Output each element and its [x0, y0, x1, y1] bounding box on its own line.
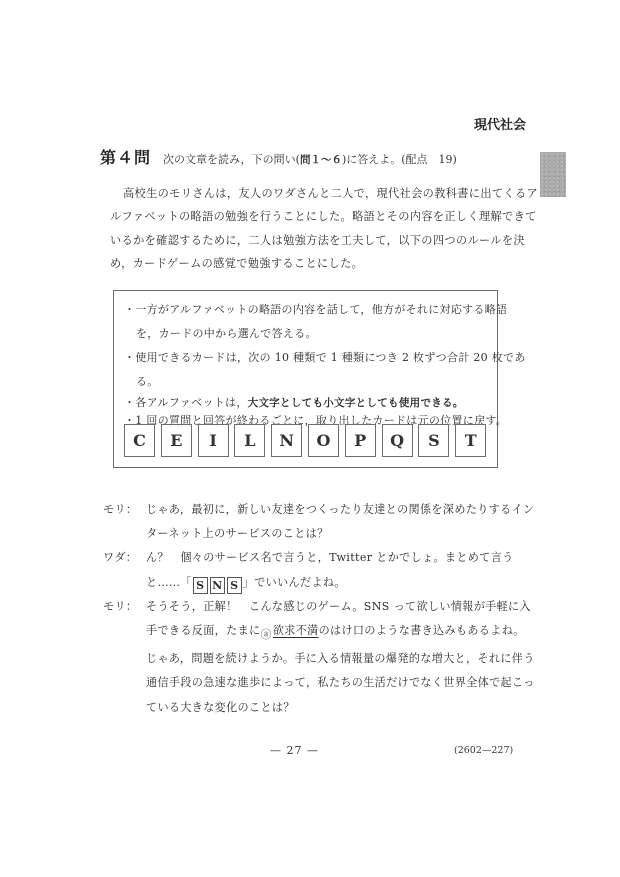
speaker-label: モリ： [103, 595, 146, 720]
intro-line: め，カードゲームの感覚で勉強することにした。 [110, 252, 510, 275]
subject-title: 現代社会 [420, 114, 526, 133]
utterance-line: じゃあ，問題を続けようか。手に入る情報量の爆発的な増大と，それに伴う [146, 647, 535, 671]
instruction-range: 問１～６ [300, 154, 342, 166]
utterance-line: そうそう，正解！ こんな感じのゲーム。SNS って欲しい情報が手軽に入 [146, 595, 535, 619]
page-number: — 27 — [270, 744, 319, 757]
card-row: C E I L N O P Q S T [124, 424, 486, 457]
letter-card: S [418, 424, 449, 457]
underlined-term: 欲求不満 [273, 624, 319, 637]
letter-card: I [198, 424, 229, 457]
utterance: ん？ 個々のサービス名で言うと，Twitter とかでしょ。まとめて言う と……… [146, 546, 523, 594]
question-instruction: 次の文章を読み，下の問い(問１～６)に答えよ。(配点 19) [163, 151, 457, 167]
utterance: そうそう，正解！ こんな感じのゲーム。SNS って欲しい情報が手軽に入 手できる… [146, 595, 535, 720]
letter-card: P [345, 424, 376, 457]
utterance: じゃあ，最初に，新しい友達をつくったり友達との関係を深めたりするイン ターネット… [146, 498, 534, 546]
rule-text: ・一方がアルファベットの略語の内容を話して，他方がそれに対応する略語 [124, 303, 507, 316]
speaker-label: ワダ： [103, 546, 146, 594]
utterance-text: 手できる反面，たまに [146, 624, 260, 637]
question-heading: 第４問 次の文章を読み，下の問い(問１～６)に答えよ。(配点 19) [100, 145, 457, 168]
utterance-line: ん？ 個々のサービス名で言うと，Twitter とかでしょ。まとめて言う [146, 546, 523, 570]
utterance-line: じゃあ，最初に，新しい友達をつくったり友達との関係を深めたりするイン [146, 498, 534, 522]
rule-item: ・使用できるカードは，次の 10 種類で 1 種類につき 2 枚ずつ合計 20 … [124, 346, 526, 394]
letter-card: Q [382, 424, 413, 457]
rule-text: を，カードの中から選んで答える。 [124, 322, 507, 346]
exam-code: (2602—227) [454, 745, 513, 756]
question-number: 第４問 [100, 145, 151, 168]
intro-line: いるかを確認するために，二人は勉強方法を工夫して，以下の四つのルールを決 [110, 229, 510, 252]
intro-line: 高校生のモリさんは，友人のワダさんと二人で，現代社会の教科書に出てくるア [110, 182, 510, 205]
rules-box: ・一方がアルファベットの略語の内容を話して，他方がそれに対応する略語 を，カード… [113, 290, 498, 468]
section-index-tab [540, 152, 566, 197]
letter-card: C [124, 424, 155, 457]
instruction-text: 次の文章を読み，下の問い( [163, 153, 300, 166]
answer-card: N [210, 577, 225, 594]
rule-emphasis: 大文字としても小文字としても使用できる。 [248, 397, 464, 409]
answer-prefix: と……「 [146, 576, 192, 589]
instruction-points: )に答えよ。(配点 19) [342, 153, 457, 166]
rule-text: る。 [124, 370, 526, 394]
dialogue-turn: モリ： そうそう，正解！ こんな感じのゲーム。SNS って欲しい情報が手軽に入 … [103, 595, 523, 720]
intro-paragraph: 高校生のモリさんは，友人のワダさんと二人で，現代社会の教科書に出てくるア ルファ… [110, 182, 510, 276]
utterance-text: のはけ口のような書き込みもあるよね。 [319, 624, 525, 637]
speaker-label: モリ： [103, 498, 146, 546]
intro-line: ルファベットの略語の勉強を行うことにした。略語とその内容を正しく理解できて [110, 205, 510, 228]
letter-card: T [455, 424, 486, 457]
rule-text: ・使用できるカードは，次の 10 種類で 1 種類につき 2 枚ずつ合計 20 … [124, 351, 526, 364]
answer-card: S [193, 577, 208, 594]
utterance-line: ている大きな変化のことは？ [146, 696, 535, 720]
dialogue-turn: ワダ： ん？ 個々のサービス名で言うと，Twitter とかでしょ。まとめて言う… [103, 546, 523, 594]
answer-card: S [227, 577, 242, 594]
marker-a-icon: ⓐ [260, 628, 271, 641]
letter-card: O [308, 424, 339, 457]
answer-line: と……「SNS」でいいんだよね。 [146, 571, 523, 595]
utterance-line: 通信手段の急速な進歩によって，私たちの生活だけでなく世界全体で起こっ [146, 671, 535, 695]
dialogue-turn: モリ： じゃあ，最初に，新しい友達をつくったり友達との関係を深めたりするイン タ… [103, 498, 523, 546]
letter-card: E [161, 424, 192, 457]
rule-text: ・各アルファベットは， [124, 396, 248, 409]
letter-card: N [271, 424, 302, 457]
dialogue: モリ： じゃあ，最初に，新しい友達をつくったり友達との関係を深めたりするイン タ… [103, 498, 523, 720]
utterance-line: 手できる反面，たまにⓐ欲求不満のはけ口のような書き込みもあるよね。 [146, 619, 535, 647]
rule-item: ・各アルファベットは，大文字としても小文字としても使用できる。 [124, 394, 464, 410]
rule-item: ・一方がアルファベットの略語の内容を話して，他方がそれに対応する略語 を，カード… [124, 298, 507, 346]
utterance-line: ターネット上のサービスのことは？ [146, 522, 534, 546]
answer-suffix: 」でいいんだよね。 [243, 576, 346, 589]
letter-card: L [234, 424, 265, 457]
